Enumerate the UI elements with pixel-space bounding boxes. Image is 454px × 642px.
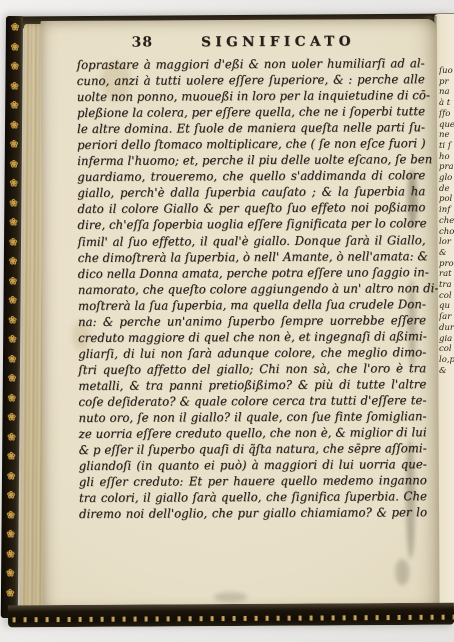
facing-page-fragment: col: [439, 344, 454, 355]
facing-page-fragment: inf: [439, 205, 454, 216]
facing-page-fragment: col: [439, 291, 454, 302]
fleuron-icon: ❀: [7, 428, 16, 448]
text-block: ſoprastare à maggiori d'eßi & non uoler …: [77, 55, 427, 522]
facing-page-fragment: que: [439, 120, 454, 131]
fleuron-icon: ❀: [10, 116, 19, 136]
fleuron-icon: ❀: [8, 350, 17, 370]
ink-smudge: [395, 559, 409, 585]
facing-page-fragment: dur: [439, 323, 454, 334]
fleuron-icon: ❀: [11, 18, 20, 38]
facing-page-fragment: rat: [439, 269, 454, 280]
fleuron-icon: ❀: [6, 545, 15, 565]
fleuron-icon: ❀: [10, 96, 19, 116]
text-line: ſimil' al ſuo effetto, il qual'è giallo.…: [78, 231, 426, 250]
facing-page-fragment: na: [439, 87, 454, 98]
facing-page-text-fragments: ſuoprnaà tſfoqueneti ſhopraglodepolinfch…: [439, 66, 454, 606]
fleuron-icon: ❀: [7, 486, 16, 506]
fleuron-icon: ❀: [7, 447, 16, 467]
facing-page-fragment: qu: [439, 301, 454, 312]
fleuron-icon: ❀: [6, 584, 15, 604]
book-bottom-edge-gold-tooling: [8, 603, 454, 628]
facing-page-fragment: &: [439, 366, 454, 377]
facing-page-fragment: cho: [439, 227, 454, 238]
book-page: 38 SIGNIFICATO ſoprastare à maggiori d'e…: [40, 19, 439, 611]
facing-page-fragment: de: [439, 184, 454, 195]
fleuron-icon: ❀: [9, 233, 18, 253]
facing-page-fragment: &: [439, 248, 454, 259]
facing-page-fragment: pro: [439, 259, 454, 270]
page-header: 38 SIGNIFICATO: [77, 33, 423, 51]
running-title: SIGNIFICATO: [201, 33, 355, 50]
fleuron-icon: ❀: [8, 311, 17, 331]
fleuron-icon: ❀: [7, 408, 16, 428]
page-number: 38: [132, 34, 154, 50]
facing-page-fragment: glo: [439, 173, 454, 184]
fleuron-icon: ❀: [9, 252, 18, 272]
facing-page-fragment: ſfo: [439, 109, 454, 120]
ink-smudge: [213, 592, 247, 602]
fleuron-icon: ❀: [7, 389, 16, 409]
fleuron-icon: ❀: [8, 330, 17, 350]
facing-page-fragment: ti ſ: [439, 141, 454, 152]
fleuron-icon: ❀: [6, 525, 15, 545]
facing-page-fragment: gia: [439, 334, 454, 345]
fleuron-icon: ❀: [10, 38, 19, 58]
fleuron-icon: ❀: [10, 57, 19, 77]
fleuron-icon: ❀: [8, 272, 17, 292]
facing-page-fragment: lor: [439, 237, 454, 248]
facing-page-fragment: ſar: [439, 312, 454, 323]
fleuron-icon: ❀: [6, 564, 15, 584]
fleuron-icon: ❀: [9, 194, 18, 214]
facing-page-fragment: lo,p: [439, 355, 454, 366]
facing-page-fragment: pr: [439, 77, 454, 88]
book-photo: ❀❀❀❀❀❀❀❀❀❀❀❀❀❀❀❀❀❀❀❀❀❀❀❀❀❀❀❀❀❀ ſuoprnaà …: [0, 0, 454, 642]
facing-page-fragment: pol: [439, 194, 454, 205]
text-line: diremo noi dell'oglio, che pur giallo ch…: [79, 504, 427, 523]
fleuron-icon: ❀: [10, 77, 19, 97]
facing-page-fragment: tra: [439, 280, 454, 291]
facing-page-fragment: ſuo: [439, 66, 454, 77]
fleuron-icon: ❀: [9, 213, 18, 233]
text-line: dire, ch'eſſa ſoperbia uoglia eſſere ſig…: [77, 215, 425, 234]
ink-smudge: [407, 169, 417, 229]
facing-page-fragment: pra: [439, 162, 454, 173]
fleuron-icon: ❀: [10, 135, 19, 155]
fleuron-icon: ❀: [7, 467, 16, 487]
facing-page-fragment: ne: [439, 130, 454, 141]
fleuron-icon: ❀: [9, 174, 18, 194]
facing-page-fragment: à t: [439, 98, 454, 109]
fleuron-icon: ❀: [6, 506, 15, 526]
fleuron-icon: ❀: [8, 369, 17, 389]
facing-page-fragment: che: [439, 216, 454, 227]
fleuron-icon: ❀: [8, 291, 17, 311]
fleuron-icon: ❀: [9, 155, 18, 175]
facing-page-fragment: ho: [439, 152, 454, 163]
